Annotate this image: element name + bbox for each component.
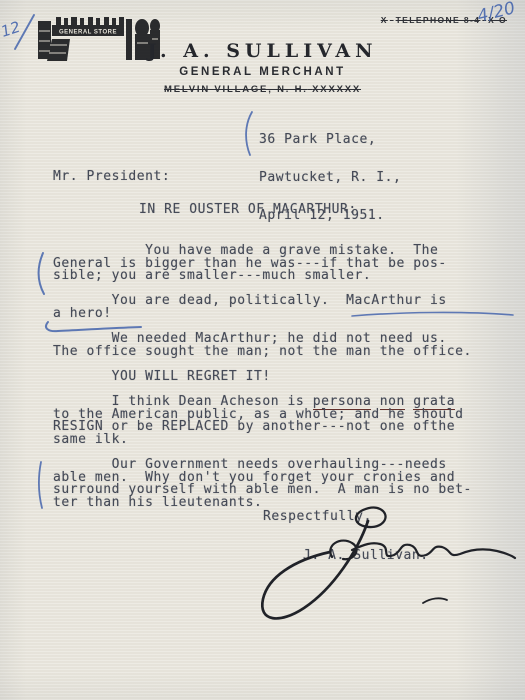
location-text: MELVIN VILLAGE, N. H. bbox=[164, 84, 308, 95]
letter-line: The office sought the man; not the man t… bbox=[53, 346, 472, 359]
signature-flourish-dash bbox=[423, 598, 447, 603]
scanned-letter-page: GENERAL STORE X TELEPHONE 8-4 X O J. A. … bbox=[0, 0, 525, 700]
letter-line: ter than his lieutenants. bbox=[53, 497, 472, 510]
salutation: Mr. President: bbox=[53, 171, 170, 184]
letter-line: a hero! bbox=[53, 308, 472, 321]
handwritten-signature bbox=[262, 508, 515, 619]
paragraph-side-mark bbox=[39, 253, 44, 294]
para-needed-macarthur: We needed MacArthur; he did not need us.… bbox=[53, 333, 472, 358]
letterhead-location: MELVIN VILLAGE, N. H. XXXXXX bbox=[0, 84, 525, 95]
letter-line: sible; you are smaller---much smaller. bbox=[53, 270, 472, 283]
address-block: 36 Park Place, Pawtucket, R. I., April 1… bbox=[259, 109, 401, 248]
signature-j-loop bbox=[262, 521, 368, 618]
letterhead-name: J. A. SULLIVAN bbox=[0, 40, 525, 62]
letter-line: You are dead, politically. MacArthur is bbox=[53, 295, 472, 308]
letter-body: You have made a grave mistake. TheGenera… bbox=[53, 245, 472, 522]
letterhead-telephone: X TELEPHONE 8-4 X O bbox=[379, 15, 509, 25]
address-bracket-mark bbox=[246, 112, 252, 155]
cronies-side-mark bbox=[39, 462, 42, 508]
location-strikeout: XXXXXX bbox=[312, 84, 361, 95]
para-overhauling: Our Government needs overhauling---needs… bbox=[53, 459, 472, 509]
para-dean-acheson: I think Dean Acheson is persona non grat… bbox=[53, 396, 472, 446]
letterhead-title: GENERAL MERCHANT bbox=[0, 66, 525, 78]
letter-line: same ilk. bbox=[53, 434, 472, 447]
address-line: Pawtucket, R. I., bbox=[259, 172, 401, 185]
telephone-strike-prefix: X bbox=[381, 15, 388, 25]
valediction: Respectfully, bbox=[263, 511, 372, 524]
handwritten-top-left-mark: 12 bbox=[0, 18, 22, 41]
address-line: 36 Park Place, bbox=[259, 134, 401, 147]
letter-line: YOU WILL REGRET IT! bbox=[53, 371, 472, 384]
typed-signature-name: J. A. Sullivan. bbox=[303, 550, 429, 563]
telephone-strike-suffix: X O bbox=[488, 15, 507, 25]
para-dead-politically: You are dead, politically. MacArthur isa… bbox=[53, 295, 472, 320]
para-you-will-regret-it: YOU WILL REGRET IT! bbox=[53, 371, 472, 384]
para-grave-mistake: You have made a grave mistake. TheGenera… bbox=[53, 245, 472, 283]
engraving-sign-text: GENERAL STORE bbox=[59, 30, 117, 36]
telephone-number: TELEPHONE 8-4 bbox=[396, 15, 481, 25]
subject-line: IN RE OUSTER OF MACARTHUR: bbox=[139, 204, 357, 217]
